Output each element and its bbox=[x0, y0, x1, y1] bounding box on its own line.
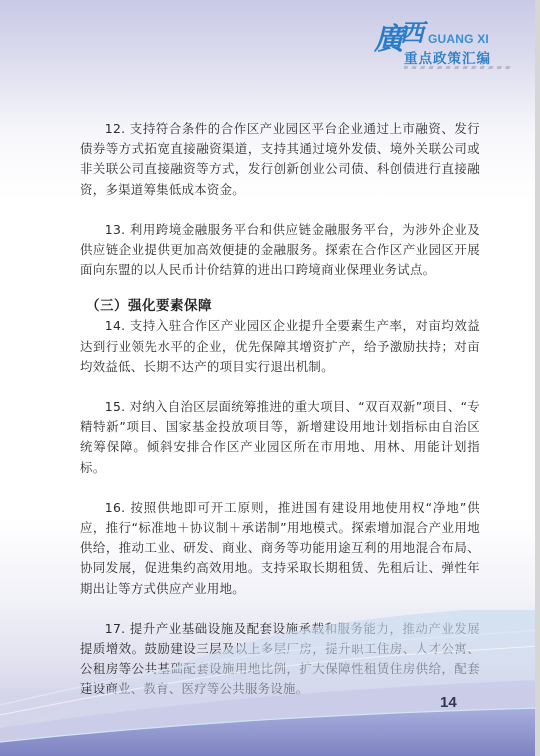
section-heading: （三）强化要素保障 bbox=[80, 296, 480, 316]
guangxi-policy-logo: 廣西 GUANG XI 重点政策汇编 bbox=[372, 16, 512, 76]
paragraph-spacer bbox=[80, 377, 480, 397]
paragraph-12: 12. 支持符合条件的合作区产业园区平台企业通过上市融资、发行债券等方式拓宽直接… bbox=[80, 119, 480, 200]
document-page: 廣西 GUANG XI 重点政策汇编 12. 支持符合条件的合作区产业园区平台企… bbox=[0, 0, 540, 756]
logo-chinese-subtitle: 重点政策汇编 bbox=[404, 47, 491, 67]
page-number: 14 bbox=[440, 694, 457, 711]
paragraph-14: 14. 支持入驻合作区产业园区企业提升全要素生产率，对亩均效益达到行业领先水平的… bbox=[80, 316, 480, 377]
paragraph-spacer bbox=[80, 280, 480, 296]
logo-english-text: GUANG XI bbox=[428, 32, 489, 46]
paragraph-spacer bbox=[80, 478, 480, 498]
logo-char-guang: 廣 bbox=[374, 22, 400, 57]
paragraph-spacer bbox=[80, 200, 480, 220]
logo-dashed-underline bbox=[404, 66, 512, 69]
paragraph-16: 16. 按照供地即可开工原则，推进国有建设用地使用权“净地”供应，推行“标准地＋… bbox=[80, 498, 480, 599]
logo-char-xi: 西 bbox=[400, 18, 420, 47]
paragraph-13: 13. 利用跨境金融服务平台和供应链金融服务平台，为涉外企业及供应链企业提供更加… bbox=[80, 220, 480, 281]
decorative-wave-background bbox=[0, 610, 540, 756]
paragraph-15: 15. 对纳入自治区层面统筹推进的重大项目、“双百双新”项目、“专精特新”项目、… bbox=[80, 397, 480, 478]
page-edge bbox=[535, 0, 540, 756]
